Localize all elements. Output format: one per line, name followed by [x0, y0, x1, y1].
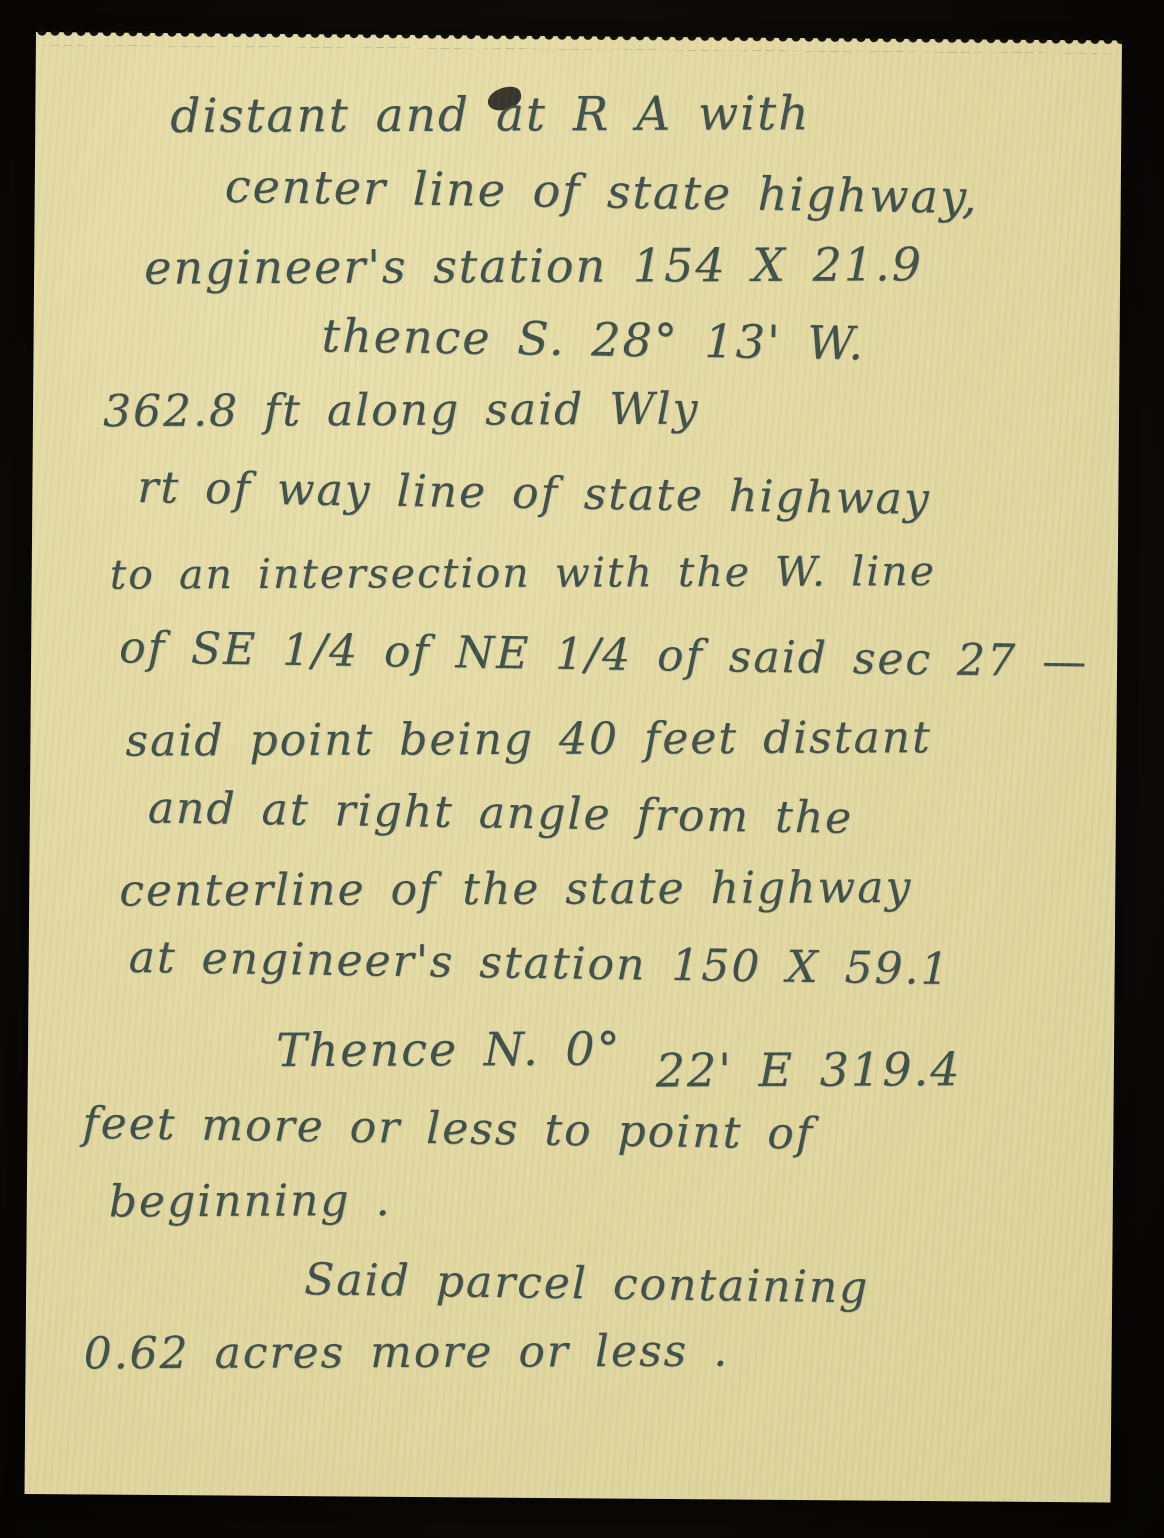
notebook-page: distant and at R A with center line of s… — [25, 32, 1122, 1502]
photo-scene: distant and at R A with center line of s… — [0, 0, 1164, 1538]
handwritten-line: center line of state highway, — [224, 159, 978, 224]
handwritten-line: said point being 40 feet distant — [125, 712, 932, 767]
handwritten-line: rt of way line of state highway — [137, 462, 931, 525]
handwritten-line: beginning . — [109, 1175, 392, 1227]
handwritten-line: thence S. 28° 13' W. — [321, 308, 865, 370]
handwritten-line: engineer's station 154 X 21.9 — [144, 237, 923, 294]
bearing-part-2: 22' E 319.4 — [656, 1042, 962, 1097]
handwritten-line: and at right angle from the — [148, 782, 854, 843]
handwritten-line: Thence N. 0°22' E 319.4 — [276, 1020, 962, 1077]
handwritten-line: at engineer's station 150 X 59.1 — [128, 932, 951, 995]
handwritten-line: centerline of the state highway — [119, 862, 912, 916]
handwritten-line: Said parcel containing — [304, 1254, 870, 1313]
handwritten-line: feet more or less to point of — [82, 1098, 814, 1160]
bearing-part-1: Thence N. 0° — [276, 1022, 622, 1078]
handwritten-text: distant and at R A with center line of s… — [25, 32, 1122, 1502]
handwritten-line: to an intersection with the W. line — [110, 547, 936, 599]
handwritten-line: 0.62 acres more or less . — [84, 1326, 730, 1380]
handwritten-line: 362.8 ft along said Wly — [103, 384, 700, 438]
handwritten-line: distant and at R A with — [170, 86, 810, 144]
handwritten-line: of SE 1/4 of NE 1/4 of said sec 27 — — [119, 622, 1089, 687]
